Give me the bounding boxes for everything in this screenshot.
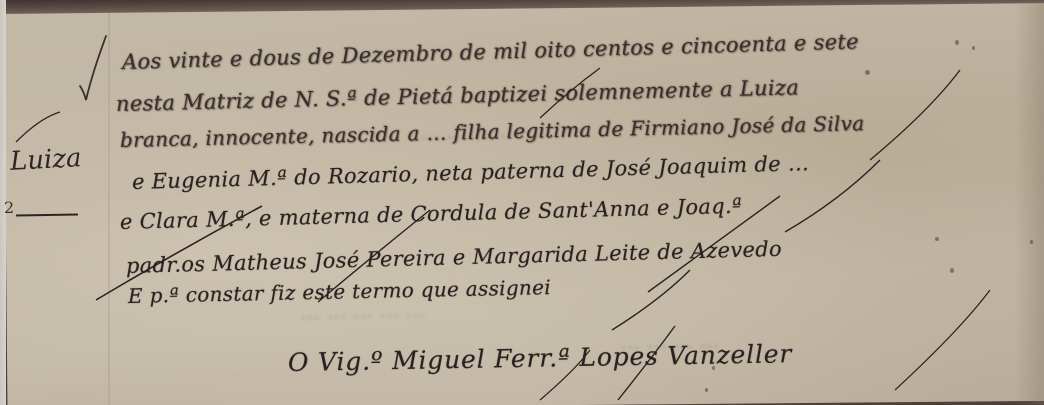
foxing-spot [955,40,959,45]
paper-fold-line [108,10,110,405]
margin-name: Luiza [9,143,82,177]
foxing-spot [935,237,939,241]
paper-right-shadow [1014,0,1044,405]
check-mark-icon [78,34,108,106]
foxing-spot [950,268,954,273]
document-photo: … … … … … … … … … … … … … Luiza 2 Aos vi… [0,0,1044,405]
foxing-spot [705,388,708,392]
foxing-spot [865,70,870,75]
foxing-spot [972,46,975,50]
foxing-spot [1030,240,1033,244]
margin-mark: 2 [4,198,14,217]
